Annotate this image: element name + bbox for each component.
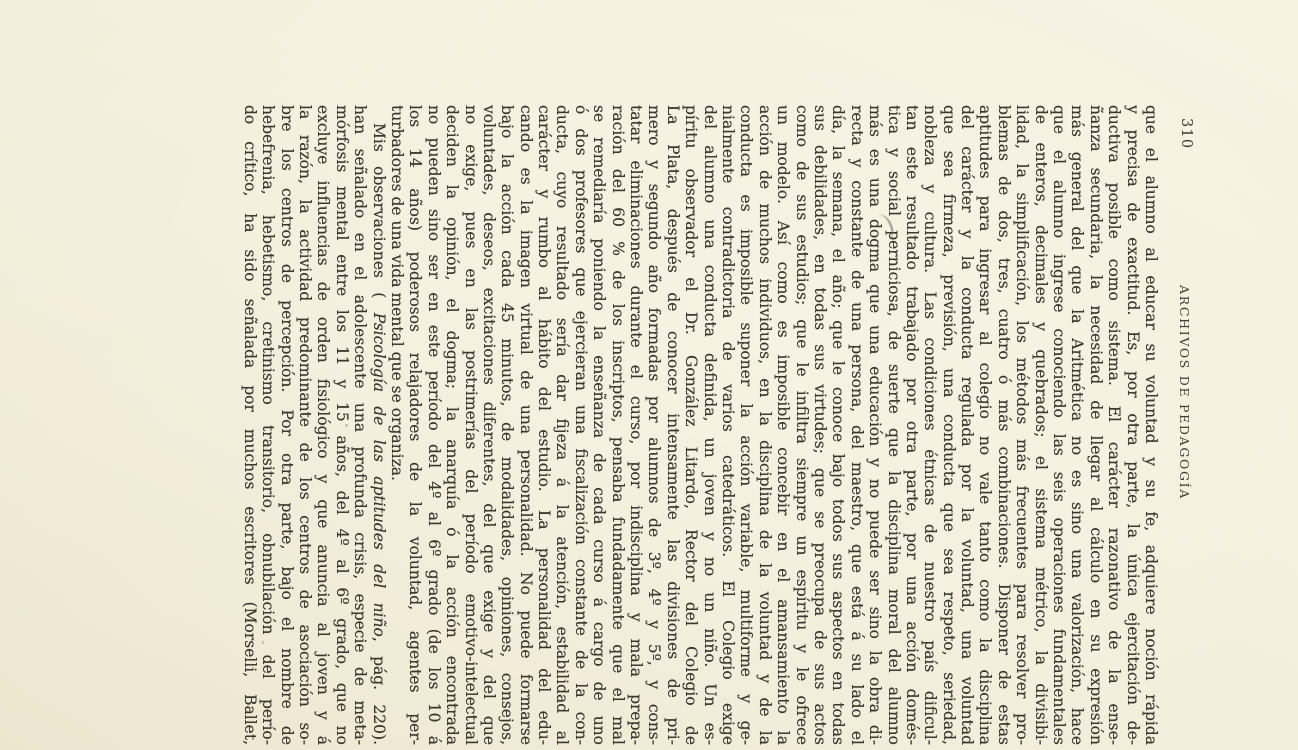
text-line: ductiva posible como sistema. El carácte… <box>1105 105 1123 745</box>
text-line: que el alumno al educar su voluntad y su… <box>1142 105 1160 745</box>
text-line: cando es la imagen virtual de una person… <box>516 105 534 745</box>
text-line: que sea firmeza, previsión, una conducta… <box>939 105 957 745</box>
text-line: voluntades, deseos, excitaciones diferen… <box>480 105 498 745</box>
running-header: ARCHIVOS DE PEDAGOGÍA <box>1177 285 1192 500</box>
paragraph-observations-lines: han señalado en el adolescente una profu… <box>240 105 369 745</box>
text-line: tica y social perniciosa, de suerte que … <box>884 105 902 745</box>
page-header: 310 ARCHIVOS DE PEDAGOGÍA <box>1172 105 1194 745</box>
text-line: más es una dogma que una educación y no … <box>866 105 884 745</box>
text-line: acción de muchos individuos, en la disci… <box>755 105 773 745</box>
text-line: mero y segundo año formadas por alumnos … <box>645 105 663 745</box>
text-line: han señalado en el adolescente una profu… <box>351 105 369 745</box>
scanned-page: 310 ARCHIVOS DE PEDAGOGÍA que el alumno … <box>0 0 1298 750</box>
text-line: del alumno una conducta definida, un jov… <box>700 105 718 745</box>
text-line: recta y constante de una persona, del ma… <box>847 105 865 745</box>
book-title-italic: Psicología de las aptitudes del niño <box>370 313 388 637</box>
text-line: hebefrenia, hebetismo, cretinismo transi… <box>259 105 277 745</box>
text-line: se remediaría poniendo la enseñanza de c… <box>590 105 608 745</box>
text-line: no pueden sino ser en este período del 4… <box>424 105 442 745</box>
text-line: blemas de dos, tres, cuatro ó más combin… <box>994 105 1012 745</box>
text-line: píritu observador el Dr. González Litard… <box>682 105 700 745</box>
lead-text-end: , pág. 220). <box>370 637 388 745</box>
text-line: y precisa de exactitud. Es, por otra par… <box>1123 105 1141 745</box>
text-line: sus debilidades, en todas sus virtudes; … <box>811 105 829 745</box>
text-line: Mis observaciones ( Psicología de las ap… <box>369 105 387 745</box>
text-line: no exige, pues en las postrimerías del p… <box>461 105 479 745</box>
paragraph-observations: Mis observaciones ( Psicología de las ap… <box>240 105 387 745</box>
text-line: tan este resultado trabajado por otra pa… <box>903 105 921 745</box>
paragraph-main: que el alumno al educar su voluntad y su… <box>388 105 1160 745</box>
text-line: ración del 60 % de los inscriptos, pensa… <box>608 105 626 745</box>
book-page: 310 ARCHIVOS DE PEDAGOGÍA que el alumno … <box>0 0 1298 750</box>
text-line: nialmente contradictoria de varios cated… <box>719 105 737 745</box>
text-line: do crítico, ha sido señalada por muchos … <box>240 105 258 745</box>
text-line: conducta es imposible suponer la acción … <box>737 105 755 745</box>
text-line: de enteros, decimales y quebrados; el si… <box>1031 105 1049 745</box>
lead-text: Mis observaciones ( <box>370 123 388 313</box>
text-line: tatar eliminaciones durante el curso, po… <box>627 105 645 745</box>
text-line: la razón, la actividad predominante de l… <box>296 105 314 745</box>
text-line: del carácter y la conducta regulada por … <box>958 105 976 745</box>
text-line: excluye influencias de orden fisiológico… <box>314 105 332 745</box>
text-line: mórfosis mental entre los 11 y 15 años, … <box>332 105 350 745</box>
page-number: 310 <box>1178 118 1194 149</box>
text-line: más general del que la Aritmética no es … <box>1068 105 1086 745</box>
text-line: nobleza y cultura. Las condiciones étnic… <box>921 105 939 745</box>
text-line: un modelo. Así como es imposible concebi… <box>774 105 792 745</box>
page-body: que el alumno al educar su voluntad y su… <box>240 105 1160 745</box>
text-line: aptitudes para ingresar al colegio no va… <box>976 105 994 745</box>
text-line: bre los centros de percepción. Por otra … <box>277 105 295 745</box>
text-line: como de sus estudios; que le infiltra si… <box>792 105 810 745</box>
text-line: ducta, cuyo resultado sería dar fijeza á… <box>553 105 571 745</box>
text-line: ó dos profesores que ejercieran una fisc… <box>572 105 590 745</box>
text-line: ñanza secundaria, la necesidad de llegar… <box>1086 105 1104 745</box>
text-line: deciden la opinión, el dogma; la anarquí… <box>443 105 461 745</box>
text-line: La Plata, después de conocer intensament… <box>663 105 681 745</box>
text-line: carácter y rumbo al hábito del estudio. … <box>535 105 553 745</box>
text-line: que el alumno ingrese conociendo las sei… <box>1050 105 1068 745</box>
text-line: bajo la acción cada 45 minutos, de modal… <box>498 105 516 745</box>
text-line: los 14 años) poderosos relajadores de la… <box>406 105 424 745</box>
text-line: día, la semana, el año; que le conoce ba… <box>829 105 847 745</box>
text-line: turbadores de una vida mental que se org… <box>388 105 406 745</box>
text-line: lidad, la simplificación, los métodos má… <box>1013 105 1031 745</box>
